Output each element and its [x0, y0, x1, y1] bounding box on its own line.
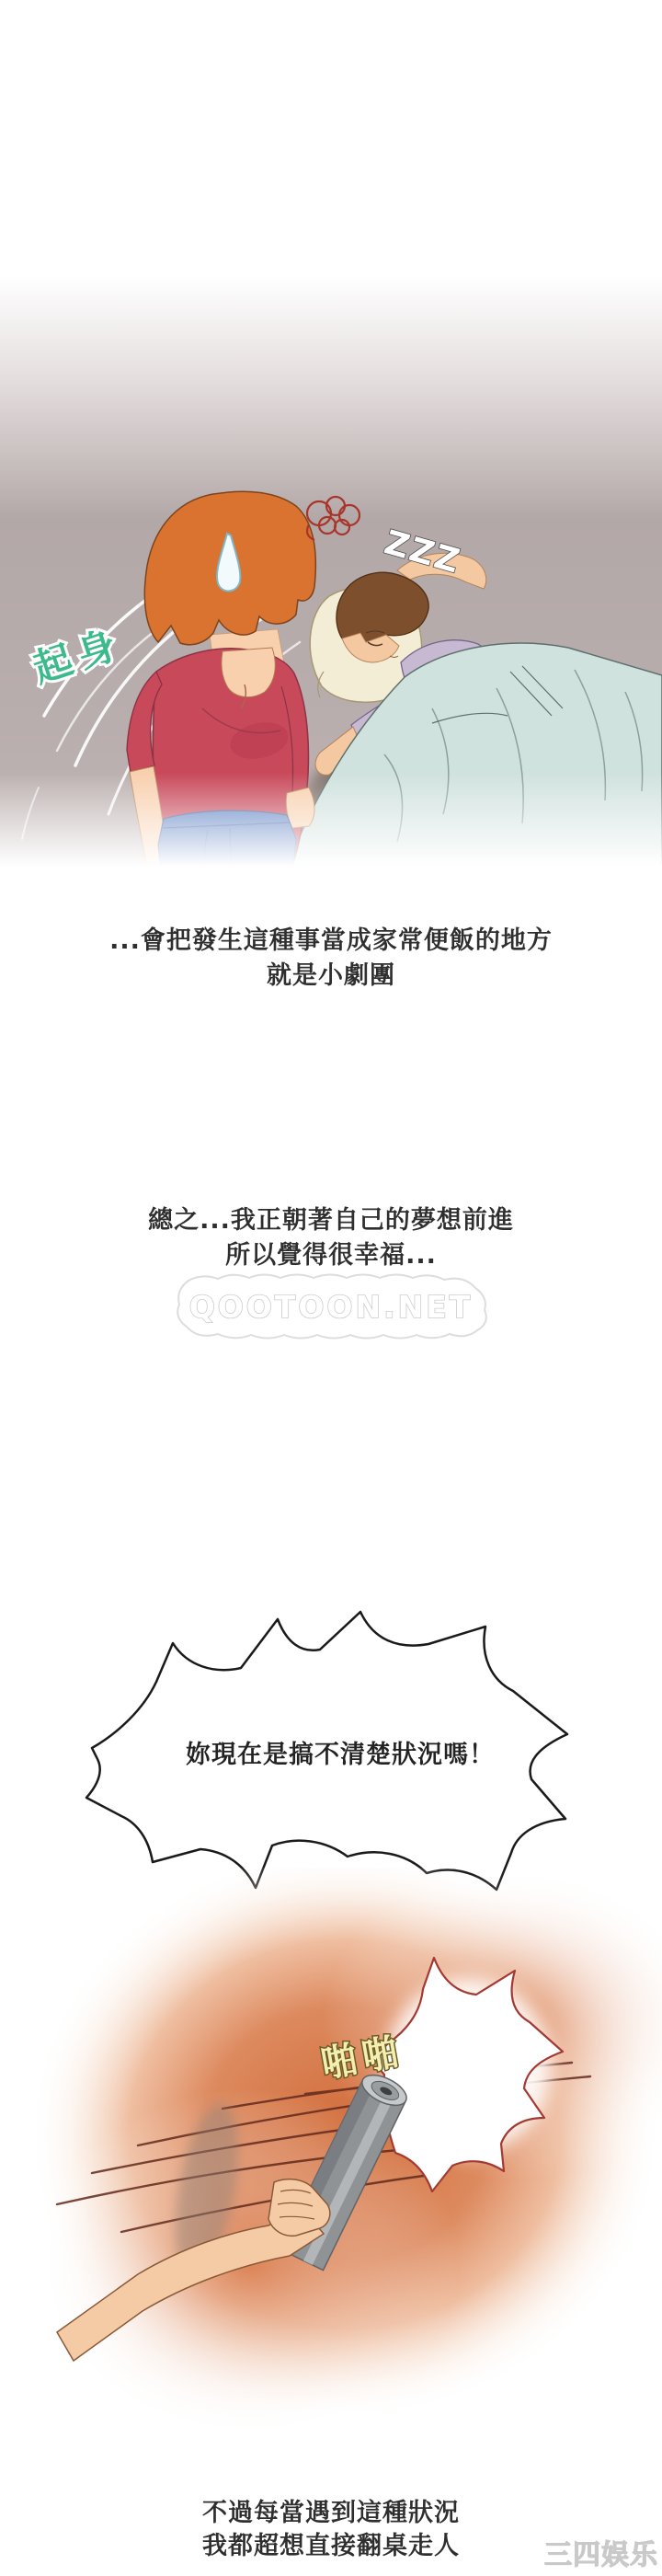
- narration-1-line-2: 就是小劇團: [0, 959, 662, 994]
- speech-bubble-text: 妳現在是搞不清楚狀況嗎！: [186, 1740, 495, 1769]
- center-watermark: QOOTOON.NET: [152, 1268, 510, 1345]
- corner-watermark-text: 三四娱乐: [544, 2532, 658, 2572]
- panel1-bottom-fade: [0, 773, 662, 883]
- woman-neckline: [222, 648, 275, 697]
- narration-3-line-1: 不過每當遇到這種狀況: [0, 2497, 662, 2530]
- narration-1-line-1: ...會把發生這種事當成家常便飯的地方: [0, 924, 662, 959]
- narration-block-1: ...會把發生這種事當成家常便飯的地方 就是小劇團: [0, 924, 662, 994]
- panel-newspaper-slap: 啪啪: [0, 1868, 662, 2456]
- narration-block-2: 總之...我正朝著自己的夢想前進 所以覺得很幸福...: [0, 1203, 662, 1273]
- comic-page: ZZZ 起身 ...會把發生這種事當成家常便飯的地方 就是小劇團 總之...我正…: [0, 0, 662, 2576]
- speech-bubble: 妳現在是搞不清楚狀況嗎！: [64, 1603, 593, 1911]
- panel-bedroom-scene: ZZZ 起身: [0, 276, 662, 883]
- narration-2-line-1: 總之...我正朝著自己的夢想前進: [0, 1203, 662, 1238]
- watermark-center-text: QOOTOON.NET: [189, 1289, 474, 1325]
